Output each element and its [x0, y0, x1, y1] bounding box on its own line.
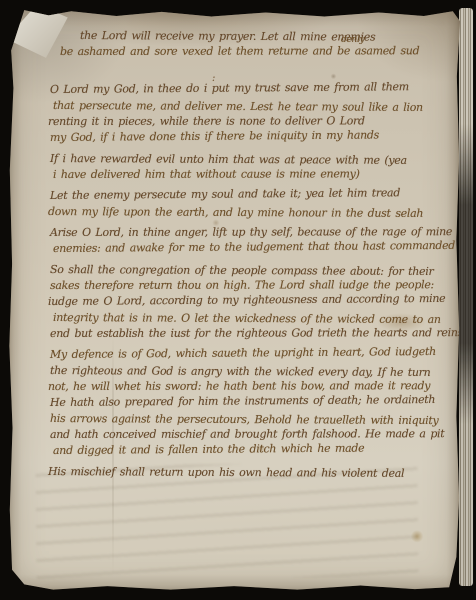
book-fore-edge: [459, 8, 473, 586]
manuscript-line: His mischief shall return upon his own h…: [48, 464, 458, 482]
manuscript-page: the Lord will receive my prayer. Let all…: [8, 6, 460, 592]
manuscript-line: My defence is of God, which saueth the u…: [50, 344, 458, 363]
manuscript-line: down my life upon the earth, and lay min…: [48, 204, 458, 222]
manuscript-line: He hath also prepared for him the instru…: [50, 392, 458, 411]
manuscript-line: my God, if i have done this if there be …: [50, 127, 458, 146]
manuscript-line: Let the enemy persecute my soul and take…: [50, 185, 458, 204]
manuscript-line: iudge me O Lord, according to my righteo…: [48, 291, 458, 310]
stray-ink-mark: :: [212, 73, 215, 84]
manuscript-line: end but establish the iust for the right…: [50, 325, 458, 342]
manuscript-line: be ashamed and sore vexed let them retur…: [60, 43, 458, 60]
manuscript-line: enemies: and awake for me to the iudgeme…: [53, 238, 458, 257]
manuscript-line: i have delivered him that without cause …: [53, 166, 458, 183]
superscript-insertion: denly: [341, 35, 364, 45]
manuscript-text: the Lord will receive my prayer. Let all…: [50, 28, 458, 480]
photo-backdrop: the Lord will receive my prayer. Let all…: [0, 0, 476, 600]
manuscript-line: O Lord my God, in thee do i put my trust…: [50, 79, 458, 98]
manuscript-line: and digged it and is fallen into the dit…: [53, 440, 458, 459]
